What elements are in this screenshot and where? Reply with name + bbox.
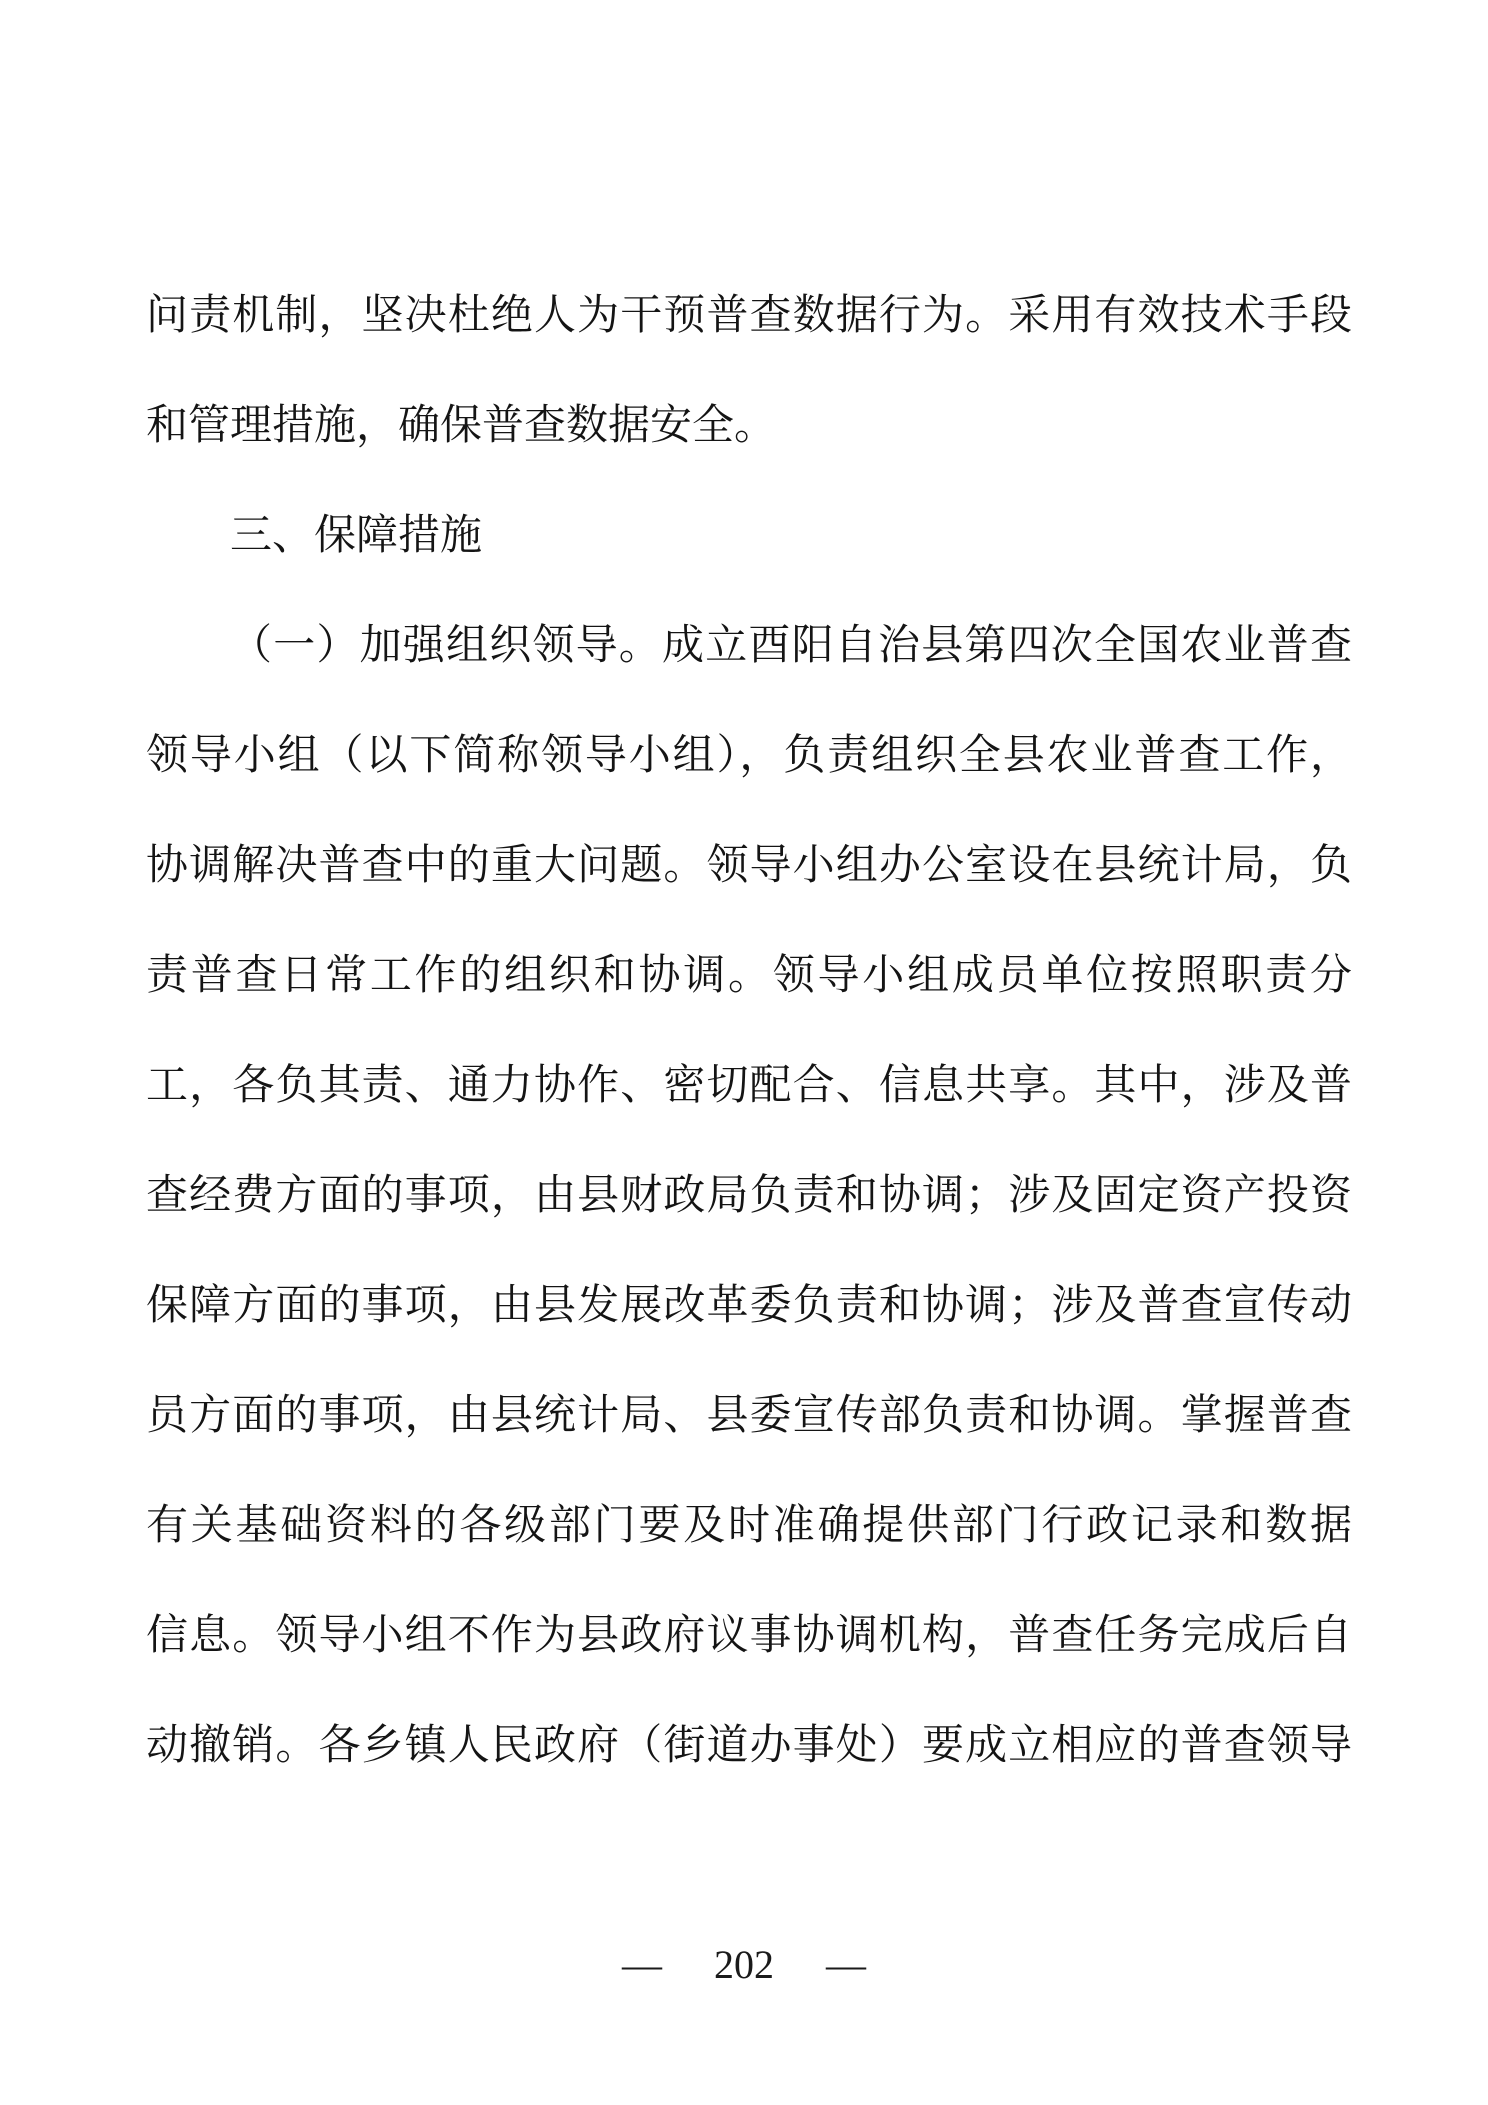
text-line: 和管理措施，确保普查数据安全。 [146, 371, 1352, 481]
text-line: 员方面的事项，由县统计局、县委宣传部负责和协调。掌握普查 [146, 1361, 1352, 1471]
footer-dash-left: — [622, 1943, 662, 1987]
text-line: 工，各负其责、通力协作、密切配合、信息共享。其中，涉及普 [146, 1031, 1352, 1141]
text-line: 领导小组（以下简称领导小组），负责组织全县农业普查工作， [146, 701, 1352, 811]
footer-dash-right: — [826, 1943, 866, 1987]
document-body: 问责机制，坚决杜绝人为干预普查数据行为。采用有效技术手段 和管理措施，确保普查数… [146, 261, 1352, 1801]
text-line: 保障方面的事项，由县发展改革委负责和协调；涉及普查宣传动 [146, 1251, 1352, 1361]
text-line: 查经费方面的事项，由县财政局负责和协调；涉及固定资产投资 [146, 1141, 1352, 1251]
section-heading: 三、保障措施 [146, 481, 1352, 591]
page-number: 202 [714, 1943, 774, 1987]
text-line: 信息。领导小组不作为县政府议事协调机构，普查任务完成后自 [146, 1581, 1352, 1691]
text-line: 有关基础资料的各级部门要及时准确提供部门行政记录和数据 [146, 1471, 1352, 1581]
page-footer: — 202 — [0, 1943, 1488, 1987]
text-line: （一）加强组织领导。成立酉阳自治县第四次全国农业普查 [146, 591, 1352, 701]
text-line: 动撤销。各乡镇人民政府（街道办事处）要成立相应的普查领导 [146, 1691, 1352, 1801]
document-page: 问责机制，坚决杜绝人为干预普查数据行为。采用有效技术手段 和管理措施，确保普查数… [0, 0, 1488, 2105]
text-line: 协调解决普查中的重大问题。领导小组办公室设在县统计局，负 [146, 811, 1352, 921]
text-line: 问责机制，坚决杜绝人为干预普查数据行为。采用有效技术手段 [146, 261, 1352, 371]
text-line: 责普查日常工作的组织和协调。领导小组成员单位按照职责分 [146, 921, 1352, 1031]
